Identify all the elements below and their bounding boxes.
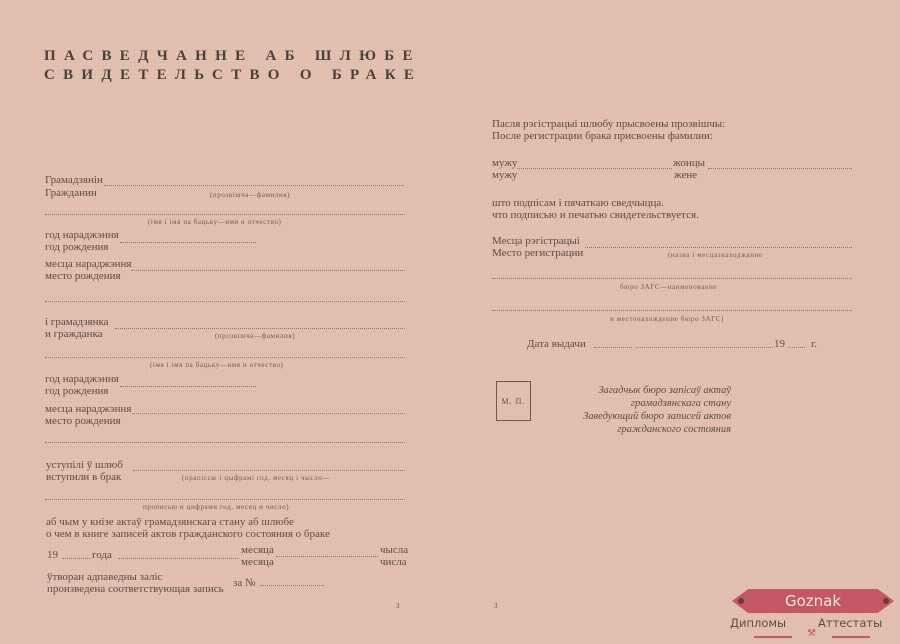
issue-year-suffix: г. [811,338,817,351]
entry-text-ru: произведена соответствующая запись [47,583,224,596]
goznak-ribbon: Goznak [732,589,894,613]
wife-birth-year-ru: год рождения [45,385,108,398]
page-number-right: 3 [494,602,498,610]
goznak-watermark: Goznak Дипломы Аттестаты ⚒ [728,585,898,644]
head-title-be-1: Загадчык бюро запісаў актаў [598,384,731,397]
month-label-ru: месяца [241,556,274,569]
marriage-date-hint-1: (прапісcю і цыфрамі год, месяц і чысло— [182,474,330,482]
husband-birth-place-field[interactable] [131,270,405,271]
husband-birth-year-ru: год рождения [45,241,108,254]
husband-surname-field[interactable] [104,185,404,186]
husband-name-hint: (імя і імя па бацьку—имя и отчество) [148,218,282,226]
head-title-be-2: грамадзянскага стану [631,397,731,410]
issue-month-field[interactable] [636,347,773,348]
reg-place-hint-2: бюро ЗАГС—наименование [620,283,717,291]
husband-birth-year-field[interactable] [120,242,256,243]
husband-label-be: Грамадзянін [45,174,103,187]
head-title-ru-2: гражданского состояния [617,423,731,436]
husband-label-ru: Гражданин [45,187,97,200]
reg-place-field[interactable] [585,247,852,248]
head-title-ru-1: Заведующий бюро записей актов [583,410,731,423]
left-underline [754,636,792,638]
left-page: ПАСВЕДЧАННЕ АБ ШЛЮБЕ СВИДЕТЕЛЬСТВО О БРА… [0,0,450,644]
page-number-left: 3 [396,602,400,610]
goznak-brand: Goznak [785,592,841,610]
wife-name-hint: (імя і імя па бацьку—имя и отчество) [150,361,284,369]
reg-place-hint-1: (назва і месцазнаходжанне [668,251,763,259]
title-belarusian: ПАСВЕДЧАННЕ АБ ШЛЮБЕ [44,47,421,66]
reg-place-field-2[interactable] [492,278,852,279]
husband-birth-place-ru: место рождения [45,270,121,283]
gavel-icon: ⚒ [807,628,816,639]
marriage-date-field-2[interactable] [45,499,405,500]
month-field[interactable] [118,558,238,559]
diplomas-label: Дипломы [730,616,786,630]
issue-year-field[interactable] [788,347,805,348]
wife-label-ru: и гражданка [45,328,103,341]
record-number-label: за № [233,577,255,590]
year-suffix: года [92,549,112,562]
marriage-date-hint-2: прописью и цифрами год, месяц и число) [143,503,289,511]
title-russian: СВИДЕТЕЛЬСТВО О БРАКЕ [44,66,422,85]
reg-place-field-3[interactable] [492,310,852,311]
husband-surname-hint: (прозвішча—фамилия) [210,191,290,199]
wife-birth-place-field-2[interactable] [45,442,405,443]
right-underline [832,636,870,638]
wife-surname-hint: (прозвішча—фамилия) [215,332,295,340]
issue-year-prefix: 19 [774,338,785,351]
wife-birth-place-field[interactable] [132,413,405,414]
certificates-label: Аттестаты [818,616,882,630]
record-number-field[interactable] [260,585,324,586]
day-label-ru: числа [380,556,407,569]
husband-surname-label-ru: мужу [492,169,517,182]
reg-place-label-ru: Место регистрации [492,247,583,260]
surnames-heading-ru: После регистрации брака присвоены фамили… [492,130,713,143]
marriage-date-field[interactable] [133,470,405,471]
record-text-ru: о чем в книге записей актов гражданского… [46,528,330,541]
wife-surname-field[interactable] [115,328,405,329]
certify-text-ru: что подписью и печатью свидетельствуется… [492,209,699,222]
stamp-place-box: М. П. [496,381,531,421]
issue-day-field[interactable] [594,347,632,348]
year-prefix: 19 [47,549,58,562]
right-page: Пасля рэгістрацыі шлюбу прысвоены прозві… [450,0,900,644]
wife-birth-year-field[interactable] [120,386,256,387]
wife-name-field[interactable] [45,357,405,358]
year-field[interactable] [62,558,90,559]
stamp-label: М. П. [502,397,526,406]
wife-new-surname-field[interactable] [708,168,852,169]
ribbon-left-dot-icon [738,598,744,604]
ribbon-right-dot-icon [883,598,889,604]
wife-birth-place-ru: место рождения [45,415,121,428]
reg-place-hint-3: и местонахождение бюро ЗАГС) [610,315,724,323]
issue-date-label: Дата выдачи [527,338,586,351]
day-field[interactable] [276,556,378,557]
husband-birth-place-field-2[interactable] [45,301,405,302]
marriage-label-ru: вступили в брак [46,471,121,484]
wife-surname-label-ru: жене [674,169,697,182]
husband-new-surname-field[interactable] [517,168,672,169]
husband-name-field[interactable] [45,214,405,215]
